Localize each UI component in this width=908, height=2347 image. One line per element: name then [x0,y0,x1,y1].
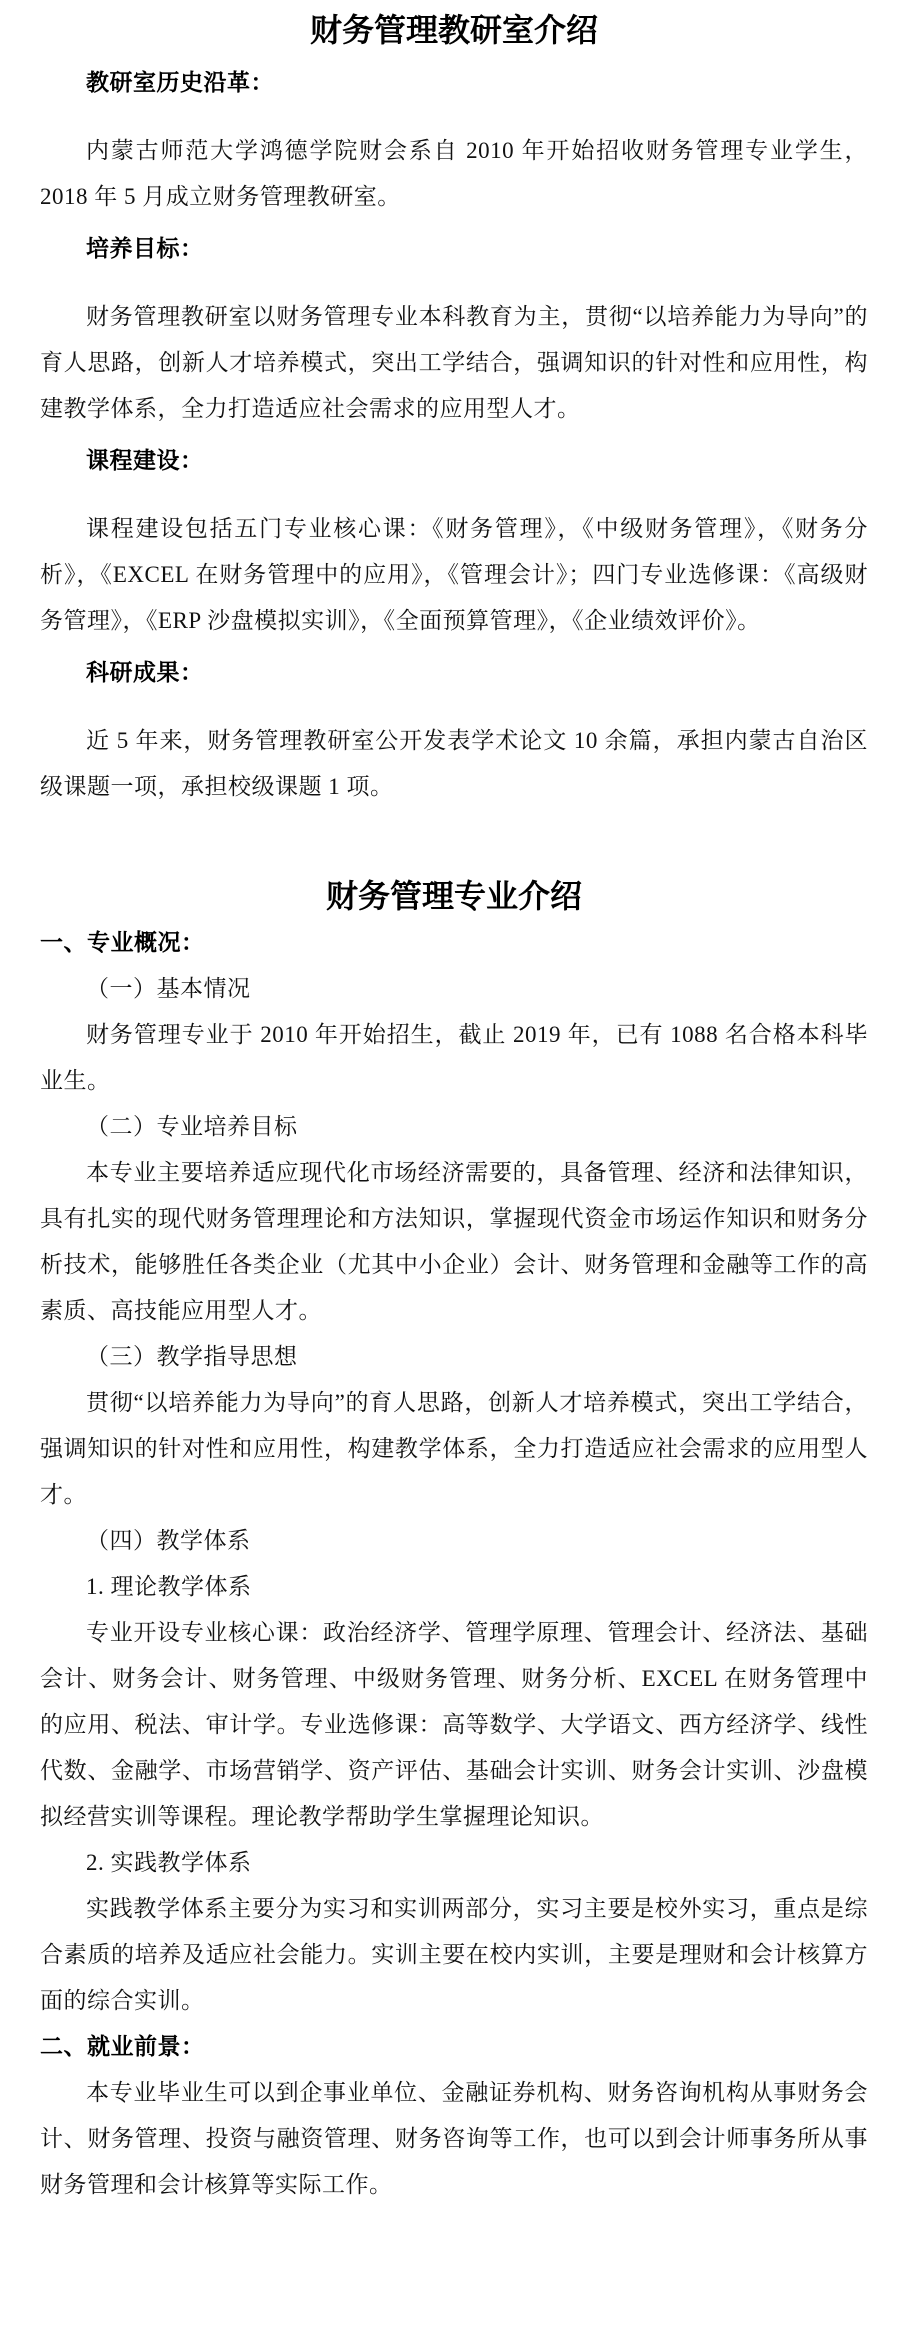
subheading-teaching-system: （四）教学体系 [40,1518,868,1564]
subheading-theory-system: 1. 理论教学体系 [40,1564,868,1610]
subheading-training-target: （二）专业培养目标 [40,1104,868,1150]
heading-research-results: 科研成果： [40,650,868,696]
section2-title: 财务管理专业介绍 [40,872,868,920]
paragraph-teaching-thought: 贯彻“以培养能力为导向”的育人思路，创新人才培养模式，突出工学结合，强调知识的针… [40,1380,868,1518]
paragraph-basic-situation: 财务管理专业于 2010 年开始招生，截止 2019 年，已有 1088 名合格… [40,1012,868,1104]
heading-career-prospects: 二、就业前景： [40,2024,868,2070]
paragraph-research-results: 近 5 年来，财务管理教研室公开发表学术论文 10 余篇，承担内蒙古自治区级课题… [40,718,868,810]
heading-course-building: 课程建设： [40,438,868,484]
paragraph-career-prospects: 本专业毕业生可以到企事业单位、金融证券机构、财务咨询机构从事财务会计、财务管理、… [40,2070,868,2208]
subheading-practice-system: 2. 实践教学体系 [40,1840,868,1886]
section1-title: 财务管理教研室介绍 [40,6,868,54]
paragraph-training-goal: 财务管理教研室以财务管理专业本科教育为主，贯彻“以培养能力为导向”的育人思路，创… [40,294,868,432]
heading-training-goal: 培养目标： [40,226,868,272]
paragraph-training-target: 本专业主要培养适应现代化市场经济需要的，具备管理、经济和法律知识，具有扎实的现代… [40,1150,868,1334]
paragraph-theory-system: 专业开设专业核心课：政治经济学、管理学原理、管理会计、经济法、基础会计、财务会计… [40,1610,868,1840]
paragraph-course-building: 课程建设包括五门专业核心课：《财务管理》，《中级财务管理》，《财务分析》，《EX… [40,506,868,644]
paragraph-history: 内蒙古师范大学鸿德学院财会系自 2010 年开始招收财务管理专业学生，2018 … [40,128,868,220]
paragraph-practice-system: 实践教学体系主要分为实习和实训两部分，实习主要是校外实习，重点是综合素质的培养及… [40,1886,868,2024]
subheading-basic-situation: （一）基本情况 [40,966,868,1012]
heading-major-overview: 一、专业概况： [40,920,868,966]
document-page: 财务管理教研室介绍 教研室历史沿革： 内蒙古师范大学鸿德学院财会系自 2010 … [0,0,908,2238]
subheading-teaching-thought: （三）教学指导思想 [40,1334,868,1380]
heading-history: 教研室历史沿革： [40,60,868,106]
